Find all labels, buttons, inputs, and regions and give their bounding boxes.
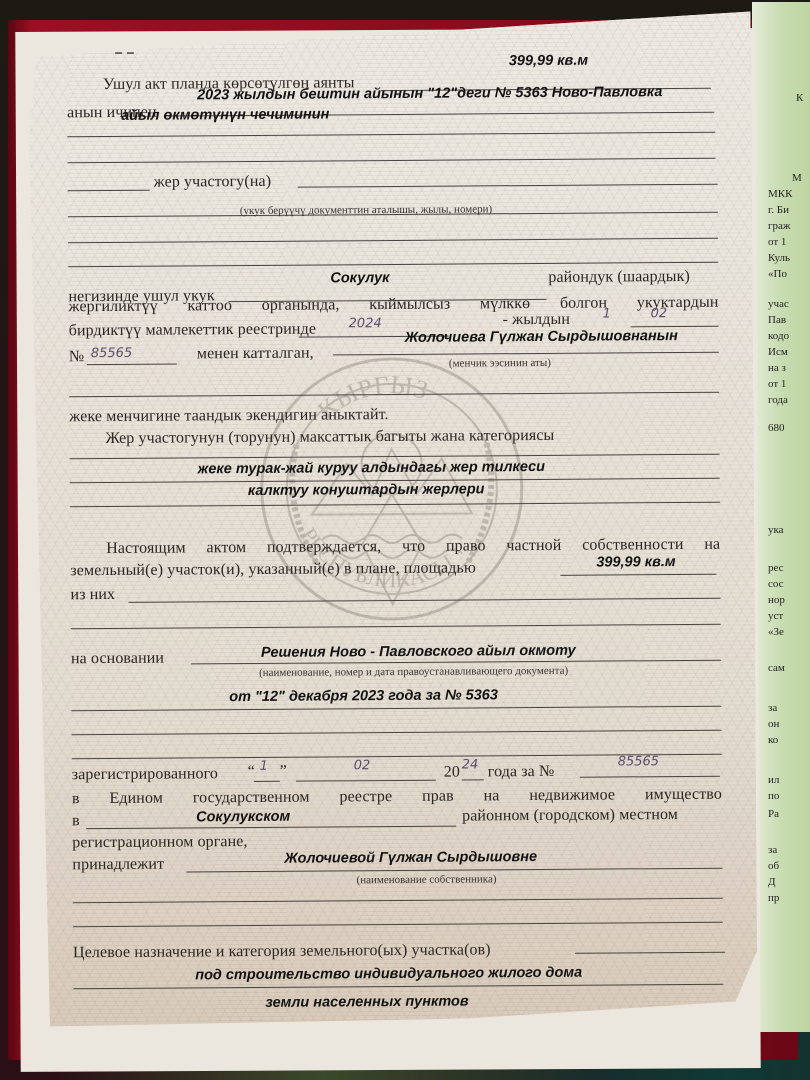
kg-district-suffix: райондук (шаардык)	[548, 268, 690, 287]
blank-line	[68, 238, 718, 244]
adjacent-page-fragment: 680	[768, 422, 785, 434]
kg-year-suffix: - жылдын	[503, 311, 570, 329]
ru-reg-month-hand: 02	[354, 758, 371, 773]
adjacent-page-fragment: МКК	[768, 188, 792, 200]
adjacent-page-fragment: пр	[768, 892, 779, 904]
blank-line	[296, 780, 436, 782]
blank-line	[186, 868, 722, 873]
kg-area-value: 399,99 кв.м	[509, 53, 588, 70]
blank-line	[575, 952, 725, 954]
adjacent-page-fragment: сос	[768, 578, 784, 590]
adjacent-page-fragment: на з	[768, 362, 786, 374]
ru-purpose-value: под строительство индивидуального жилого…	[195, 965, 582, 984]
ru-reg-day-hand: 1	[260, 759, 268, 774]
ru-reg-number-hand: 85565	[618, 754, 659, 769]
kg-registry-line2-label: бирдиктүү мамлекеттик реестринде	[69, 321, 316, 341]
blank-line	[71, 730, 721, 736]
kg-basis-line2: айыл өкмөтүнүн чечиминин	[121, 106, 329, 123]
ru-purpose-label: Целевое назначение и категория земельног…	[73, 941, 491, 962]
ru-registered-label: зарегистрированного	[72, 765, 218, 784]
kg-owner-name: Жолочиева Гүлжан Сырдышовнанын	[405, 328, 678, 346]
kg-doc-caption: (укук берүүчү документтин аталышы, жылы,…	[240, 203, 492, 217]
adjacent-page-fragment: по	[768, 790, 779, 802]
blank-line	[254, 781, 280, 782]
adjacent-page-fragment: г. Би	[768, 204, 789, 216]
adjacent-page-fragment: кодо	[768, 330, 789, 342]
kg-purpose-label: Жер участогунун (торунун) максаттык багы…	[105, 427, 554, 448]
ru-registry-line: в Едином государственном реестре прав на…	[72, 786, 722, 809]
blank-line	[67, 132, 715, 138]
kg-land-plot-label: жер участогу(на)	[154, 173, 272, 192]
blank-line	[73, 922, 723, 928]
adjacent-page-fragment: Д	[768, 876, 776, 888]
blank-line	[68, 158, 716, 164]
svg-text:РЕСПУБЛИКАСЫ: РЕСПУБЛИКАСЫ	[296, 522, 458, 593]
ru-category-value: земли населенных пунктов	[265, 993, 468, 1010]
adjacent-page-fragment: «По	[768, 268, 787, 280]
blank-line	[560, 574, 716, 576]
adjacent-page-fragment: уст	[768, 610, 783, 622]
adjacent-page-fragment: нор	[768, 594, 785, 606]
ru-basis-caption: (наименование, номер и дата правоустанав…	[259, 665, 568, 679]
ru-basis-date: от "12" декабря 2023 года за № 5363	[229, 687, 498, 705]
blank-line	[87, 364, 177, 366]
adjacent-page-fragment: за	[768, 702, 777, 714]
ru-open-quote: “	[248, 763, 255, 781]
kg-ownership-confirm: жеке менчигине таандык экендигин аныктай…	[69, 406, 388, 426]
adjacent-page-fragment: М	[792, 172, 802, 184]
ru-belongs-label: принадлежит	[72, 856, 164, 875]
adjacent-page-fragment: Ра	[768, 808, 779, 820]
ru-organ-label: регистрационном органе,	[72, 833, 247, 852]
adjacent-page-fragment: ил	[768, 774, 779, 786]
kg-purpose-value: жеке турак-жай куруу алдындагы жер тилке…	[198, 459, 545, 477]
adjacent-page-fragment: Пав	[768, 314, 786, 326]
adjacent-page: КММККг. Бигражот 1Куль«ПоучасПавкодоИсмн…	[752, 2, 810, 1032]
ru-close-quote: ”	[280, 763, 287, 781]
blank-line	[68, 262, 718, 268]
kg-reg-month-hand: 02	[651, 306, 668, 321]
kg-registry-line1: жергиликтүү каттоо органында, кыймылсыз …	[68, 294, 718, 317]
kg-basis-line1: 2023 жылдын бештин айынын "12"деги № 536…	[197, 84, 662, 103]
land-act-page: КЫРГЫЗ РЕСПУБЛИКАСЫ – – 399,99 кв.м Ушул…	[28, 11, 757, 1026]
ru-district-value: Сокулукском	[196, 809, 290, 826]
blank-line	[86, 826, 456, 830]
adjacent-page-fragment: граж	[768, 220, 791, 232]
adjacent-page-fragment: об	[768, 860, 779, 872]
ru-owner-name: Жолочиевой Гүлжан Сырдышовне	[284, 849, 537, 867]
kg-district-value: Сокулук	[330, 270, 389, 286]
ru-basis-label: на основании	[71, 650, 164, 669]
kg-number-label: №	[69, 348, 85, 366]
adjacent-page-fragment: рес	[768, 562, 784, 574]
adjacent-page-fragment: от 1	[768, 236, 786, 248]
kg-reg-day-hand: 1	[603, 306, 611, 321]
adjacent-page-fragment: Куль	[768, 252, 790, 264]
ru-of-them-label: из них	[70, 586, 115, 604]
kg-category-value: калктуу конуштардын жерлери	[248, 481, 485, 499]
ru-owner-caption: (наименование собственника)	[356, 873, 496, 886]
ru-basis-value: Решения Ново - Павловского айыл окмоту	[261, 643, 576, 661]
blank-line	[298, 184, 718, 188]
ru-in-label: в	[72, 812, 80, 830]
adjacent-page-fragment: года	[768, 394, 788, 406]
adjacent-page-fragment: за	[768, 844, 777, 856]
adjacent-page-fragment: от 1	[768, 378, 786, 390]
blank-line	[462, 779, 484, 780]
kg-reg-number-hand: 85565	[91, 346, 132, 361]
adjacent-page-fragment: он	[768, 718, 779, 730]
blank-line	[73, 984, 723, 990]
adjacent-page-fragment: ука	[768, 524, 784, 536]
blank-line	[68, 190, 150, 192]
ru-district-suffix: районном (городском) местном	[462, 806, 678, 826]
adjacent-page-fragment: К	[796, 92, 803, 104]
ru-area-value: 399,99 кв.м	[596, 554, 675, 571]
adjacent-page-fragment: Исм	[768, 346, 788, 358]
blank-line	[580, 776, 720, 778]
adjacent-page-fragment: «Зе	[768, 626, 784, 638]
kg-owner-caption: (менчик ээсинин аты)	[449, 357, 551, 370]
adjacent-page-fragment: учас	[768, 298, 789, 310]
ru-confirm-line2-label: земельный(е) участок(и), указанный(е) в …	[70, 559, 476, 580]
kg-registered-label: менен катталган,	[197, 345, 314, 364]
ru-year-number-label: года за №	[488, 763, 555, 781]
blank-line	[73, 898, 723, 904]
kg-reg-year-hand: 2024	[349, 316, 382, 331]
blank-line	[71, 706, 721, 712]
ru-year-prefix: 20	[444, 764, 460, 782]
adjacent-page-fragment: сам	[768, 662, 785, 674]
adjacent-page-fragment: ко	[768, 734, 778, 746]
ru-reg-year-hand: 24	[462, 757, 479, 772]
